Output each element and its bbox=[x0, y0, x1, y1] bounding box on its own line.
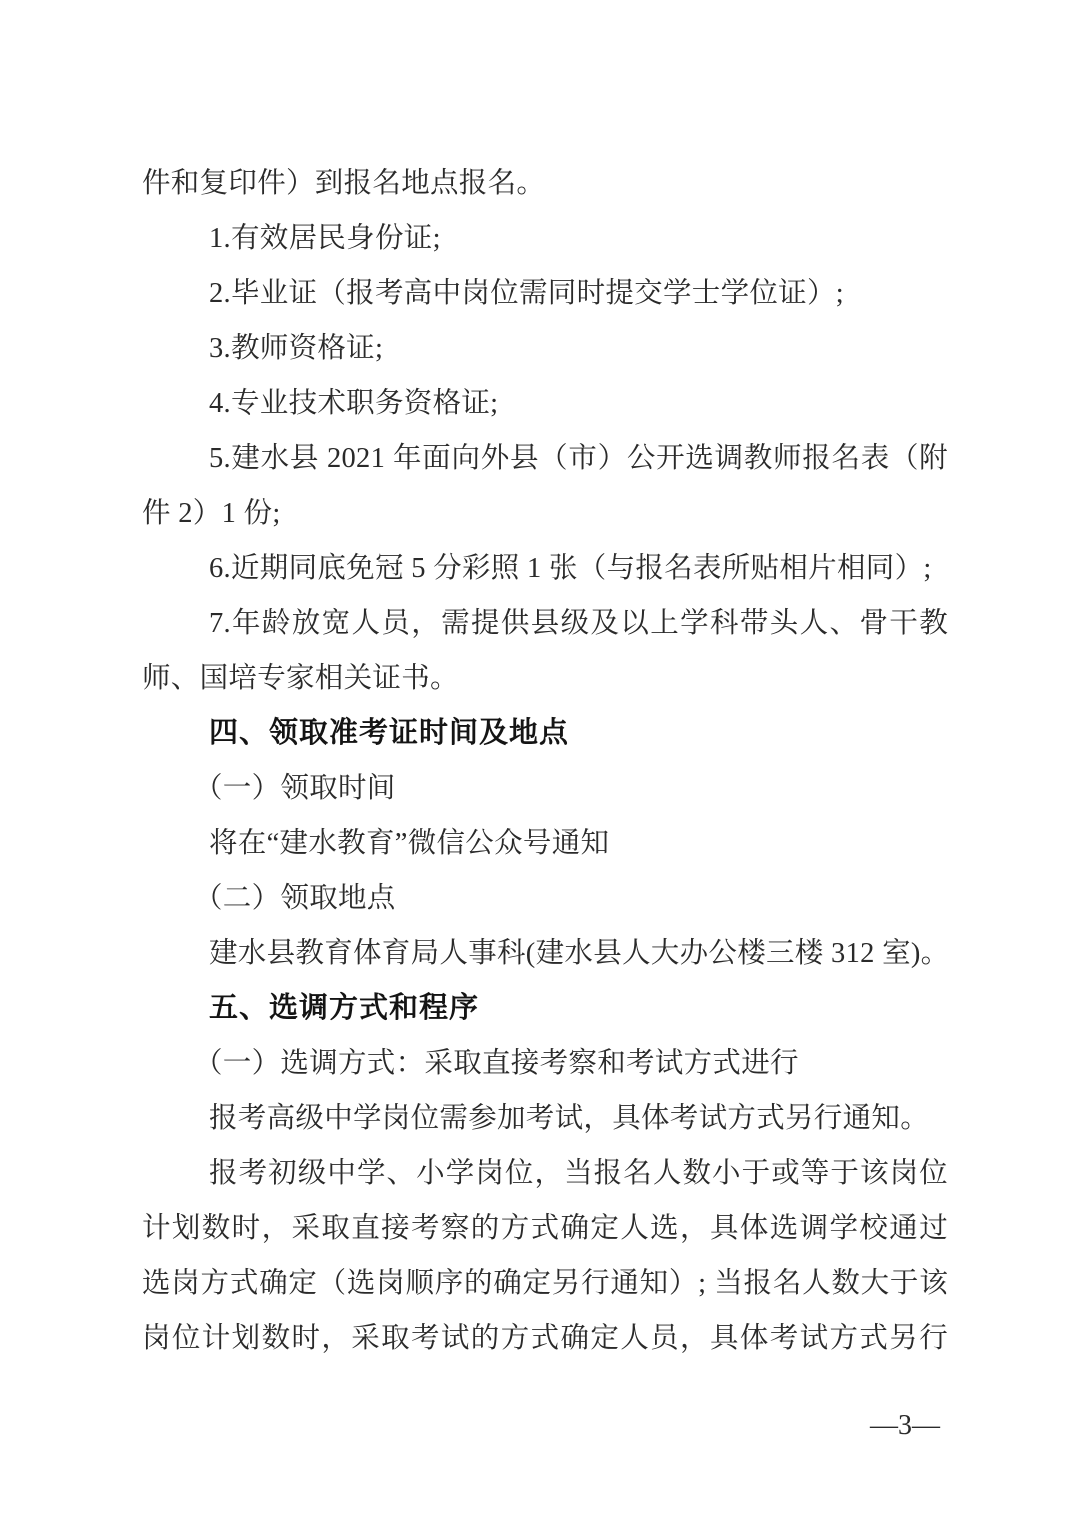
list-item-5: 5.建水县 2021 年面向外县（市）公开选调教师报名表（附 bbox=[142, 431, 948, 486]
list-item-6: 6.近期同底免冠 5 分彩照 1 张（与报名表所贴相片相同）; bbox=[142, 541, 948, 596]
text-line: 件 2）1 份; bbox=[142, 486, 948, 541]
document-page: 件和复印件）到报名地点报名。 1.有效居民身份证; 2.毕业证（报考高中岗位需同… bbox=[0, 0, 1080, 1527]
subsection-heading: （一）选调方式：采取直接考察和考试方式进行 bbox=[142, 1036, 948, 1091]
list-item-4: 4.专业技术职务资格证; bbox=[142, 376, 948, 431]
text-line: 选岗方式确定（选岗顺序的确定另行通知）; 当报名人数大于该 bbox=[142, 1256, 948, 1311]
text-line: 将在“建水教育”微信公众号通知 bbox=[142, 816, 948, 871]
list-item-7: 7.年龄放宽人员，需提供县级及以上学科带头人、骨干教 bbox=[142, 596, 948, 651]
text-line: 报考高级中学岗位需参加考试，具体考试方式另行通知。 bbox=[142, 1091, 948, 1146]
page-number: —3— bbox=[870, 1408, 940, 1444]
list-item-2: 2.毕业证（报考高中岗位需同时提交学士学位证）; bbox=[142, 266, 948, 321]
document-body: 件和复印件）到报名地点报名。 1.有效居民身份证; 2.毕业证（报考高中岗位需同… bbox=[142, 156, 948, 1366]
section-heading-5: 五、选调方式和程序 bbox=[142, 981, 948, 1036]
text-line: 师、国培专家相关证书。 bbox=[142, 651, 948, 706]
text-line: 报考初级中学、小学岗位，当报名人数小于或等于该岗位 bbox=[142, 1146, 948, 1201]
subsection-heading: （一）领取时间 bbox=[142, 761, 948, 816]
text-line: 件和复印件）到报名地点报名。 bbox=[142, 156, 948, 211]
text-line: 岗位计划数时，采取考试的方式确定人员，具体考试方式另行 bbox=[142, 1311, 948, 1366]
text-line: 建水县教育体育局人事科(建水县人大办公楼三楼 312 室)。 bbox=[142, 926, 948, 981]
subsection-heading: （二）领取地点 bbox=[142, 871, 948, 926]
list-item-3: 3.教师资格证; bbox=[142, 321, 948, 376]
list-item-1: 1.有效居民身份证; bbox=[142, 211, 948, 266]
section-heading-4: 四、领取准考证时间及地点 bbox=[142, 706, 948, 761]
text-line: 计划数时，采取直接考察的方式确定人选，具体选调学校通过 bbox=[142, 1201, 948, 1256]
